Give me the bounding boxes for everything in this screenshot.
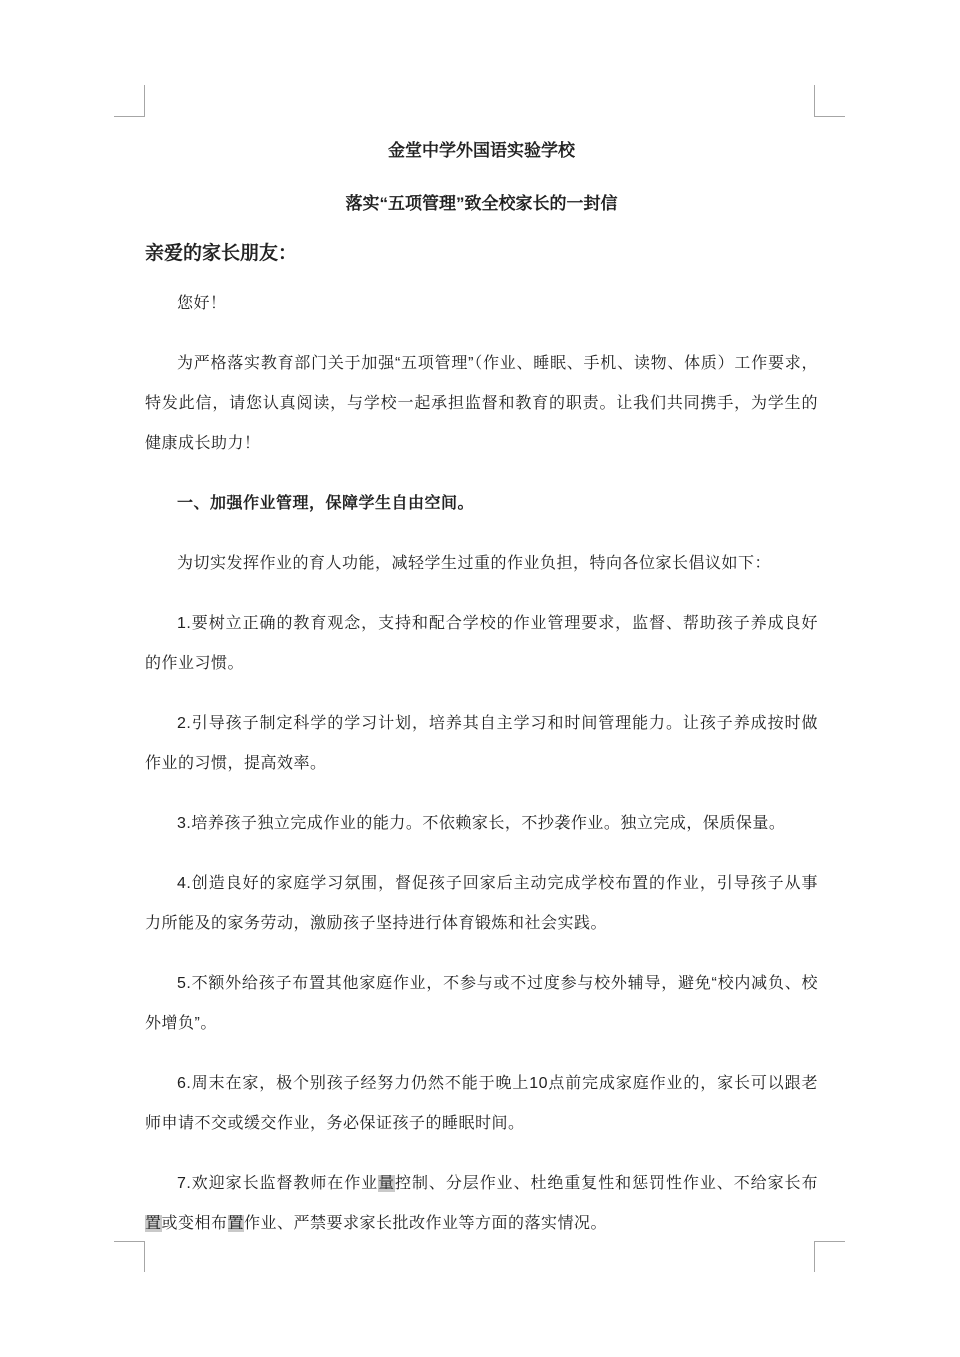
text-segment: 7.欢迎家长监督教师在作业 xyxy=(177,1175,378,1192)
item-paragraph-3: 3.培养孩子独立完成作业的能力。不依赖家长，不抄袭作业。独立完成，保质保量。 xyxy=(145,804,818,844)
text-segment: 或变相布 xyxy=(162,1215,228,1232)
intro-paragraph: 为严格落实教育部门关于加强“五项管理”（作业、睡眠、手机、读物、体质）工作要求，… xyxy=(145,344,818,464)
text-segment: 控制、分层作业、杜绝重复性和惩罚性作业、不给家长布 xyxy=(395,1175,818,1192)
text-boundary-mark-bottom-left xyxy=(114,1241,145,1272)
letter-title: 金堂中学外国语实验学校 xyxy=(145,131,818,171)
text-boundary-mark-top-left xyxy=(114,85,145,117)
text-boundary-mark-top-right xyxy=(814,85,845,117)
highlighted-text: 置 xyxy=(228,1215,245,1232)
greeting: 您好！ xyxy=(145,284,818,324)
item-paragraph-4: 4.创造良好的家庭学习氛围，督促孩子回家后主动完成学校布置的作业，引导孩子从事力… xyxy=(145,864,818,944)
item-paragraph-6: 6.周末在家，极个别孩子经努力仍然不能于晚上10点前完成家庭作业的，家长可以跟老… xyxy=(145,1064,818,1144)
text-segment: 作业、严禁要求家长批改作业等方面的落实情况。 xyxy=(244,1215,607,1232)
highlighted-text: 量 xyxy=(378,1175,395,1192)
item-paragraph-1: 1.要树立正确的教育观念，支持和配合学校的作业管理要求，监督、帮助孩子养成良好的… xyxy=(145,604,818,684)
text-boundary-mark-bottom-right xyxy=(814,1241,845,1272)
highlighted-text: 置 xyxy=(145,1215,162,1232)
salutation: 亲爱的家长朋友： xyxy=(145,234,818,274)
document-page: 金堂中学外国语实验学校 落实“五项管理”致全校家长的一封信 亲爱的家长朋友： 您… xyxy=(0,0,960,1357)
letter-subtitle: 落实“五项管理”致全校家长的一封信 xyxy=(145,184,818,224)
section-intro-paragraph: 为切实发挥作业的育人功能，减轻学生过重的作业负担，特向各位家长倡议如下： xyxy=(145,544,818,584)
letter-body: 金堂中学外国语实验学校 落实“五项管理”致全校家长的一封信 亲爱的家长朋友： 您… xyxy=(145,131,818,1244)
item-paragraph-5: 5.不额外给孩子布置其他家庭作业，不参与或不过度参与校外辅导，避免“校内减负、校… xyxy=(145,964,818,1044)
item-paragraph-7: 7.欢迎家长监督教师在作业量控制、分层作业、杜绝重复性和惩罚性作业、不给家长布置… xyxy=(145,1164,818,1244)
section-heading: 一、加强作业管理，保障学生自由空间。 xyxy=(145,484,818,524)
item-paragraph-2: 2.引导孩子制定科学的学习计划，培养其自主学习和时间管理能力。让孩子养成按时做作… xyxy=(145,704,818,784)
